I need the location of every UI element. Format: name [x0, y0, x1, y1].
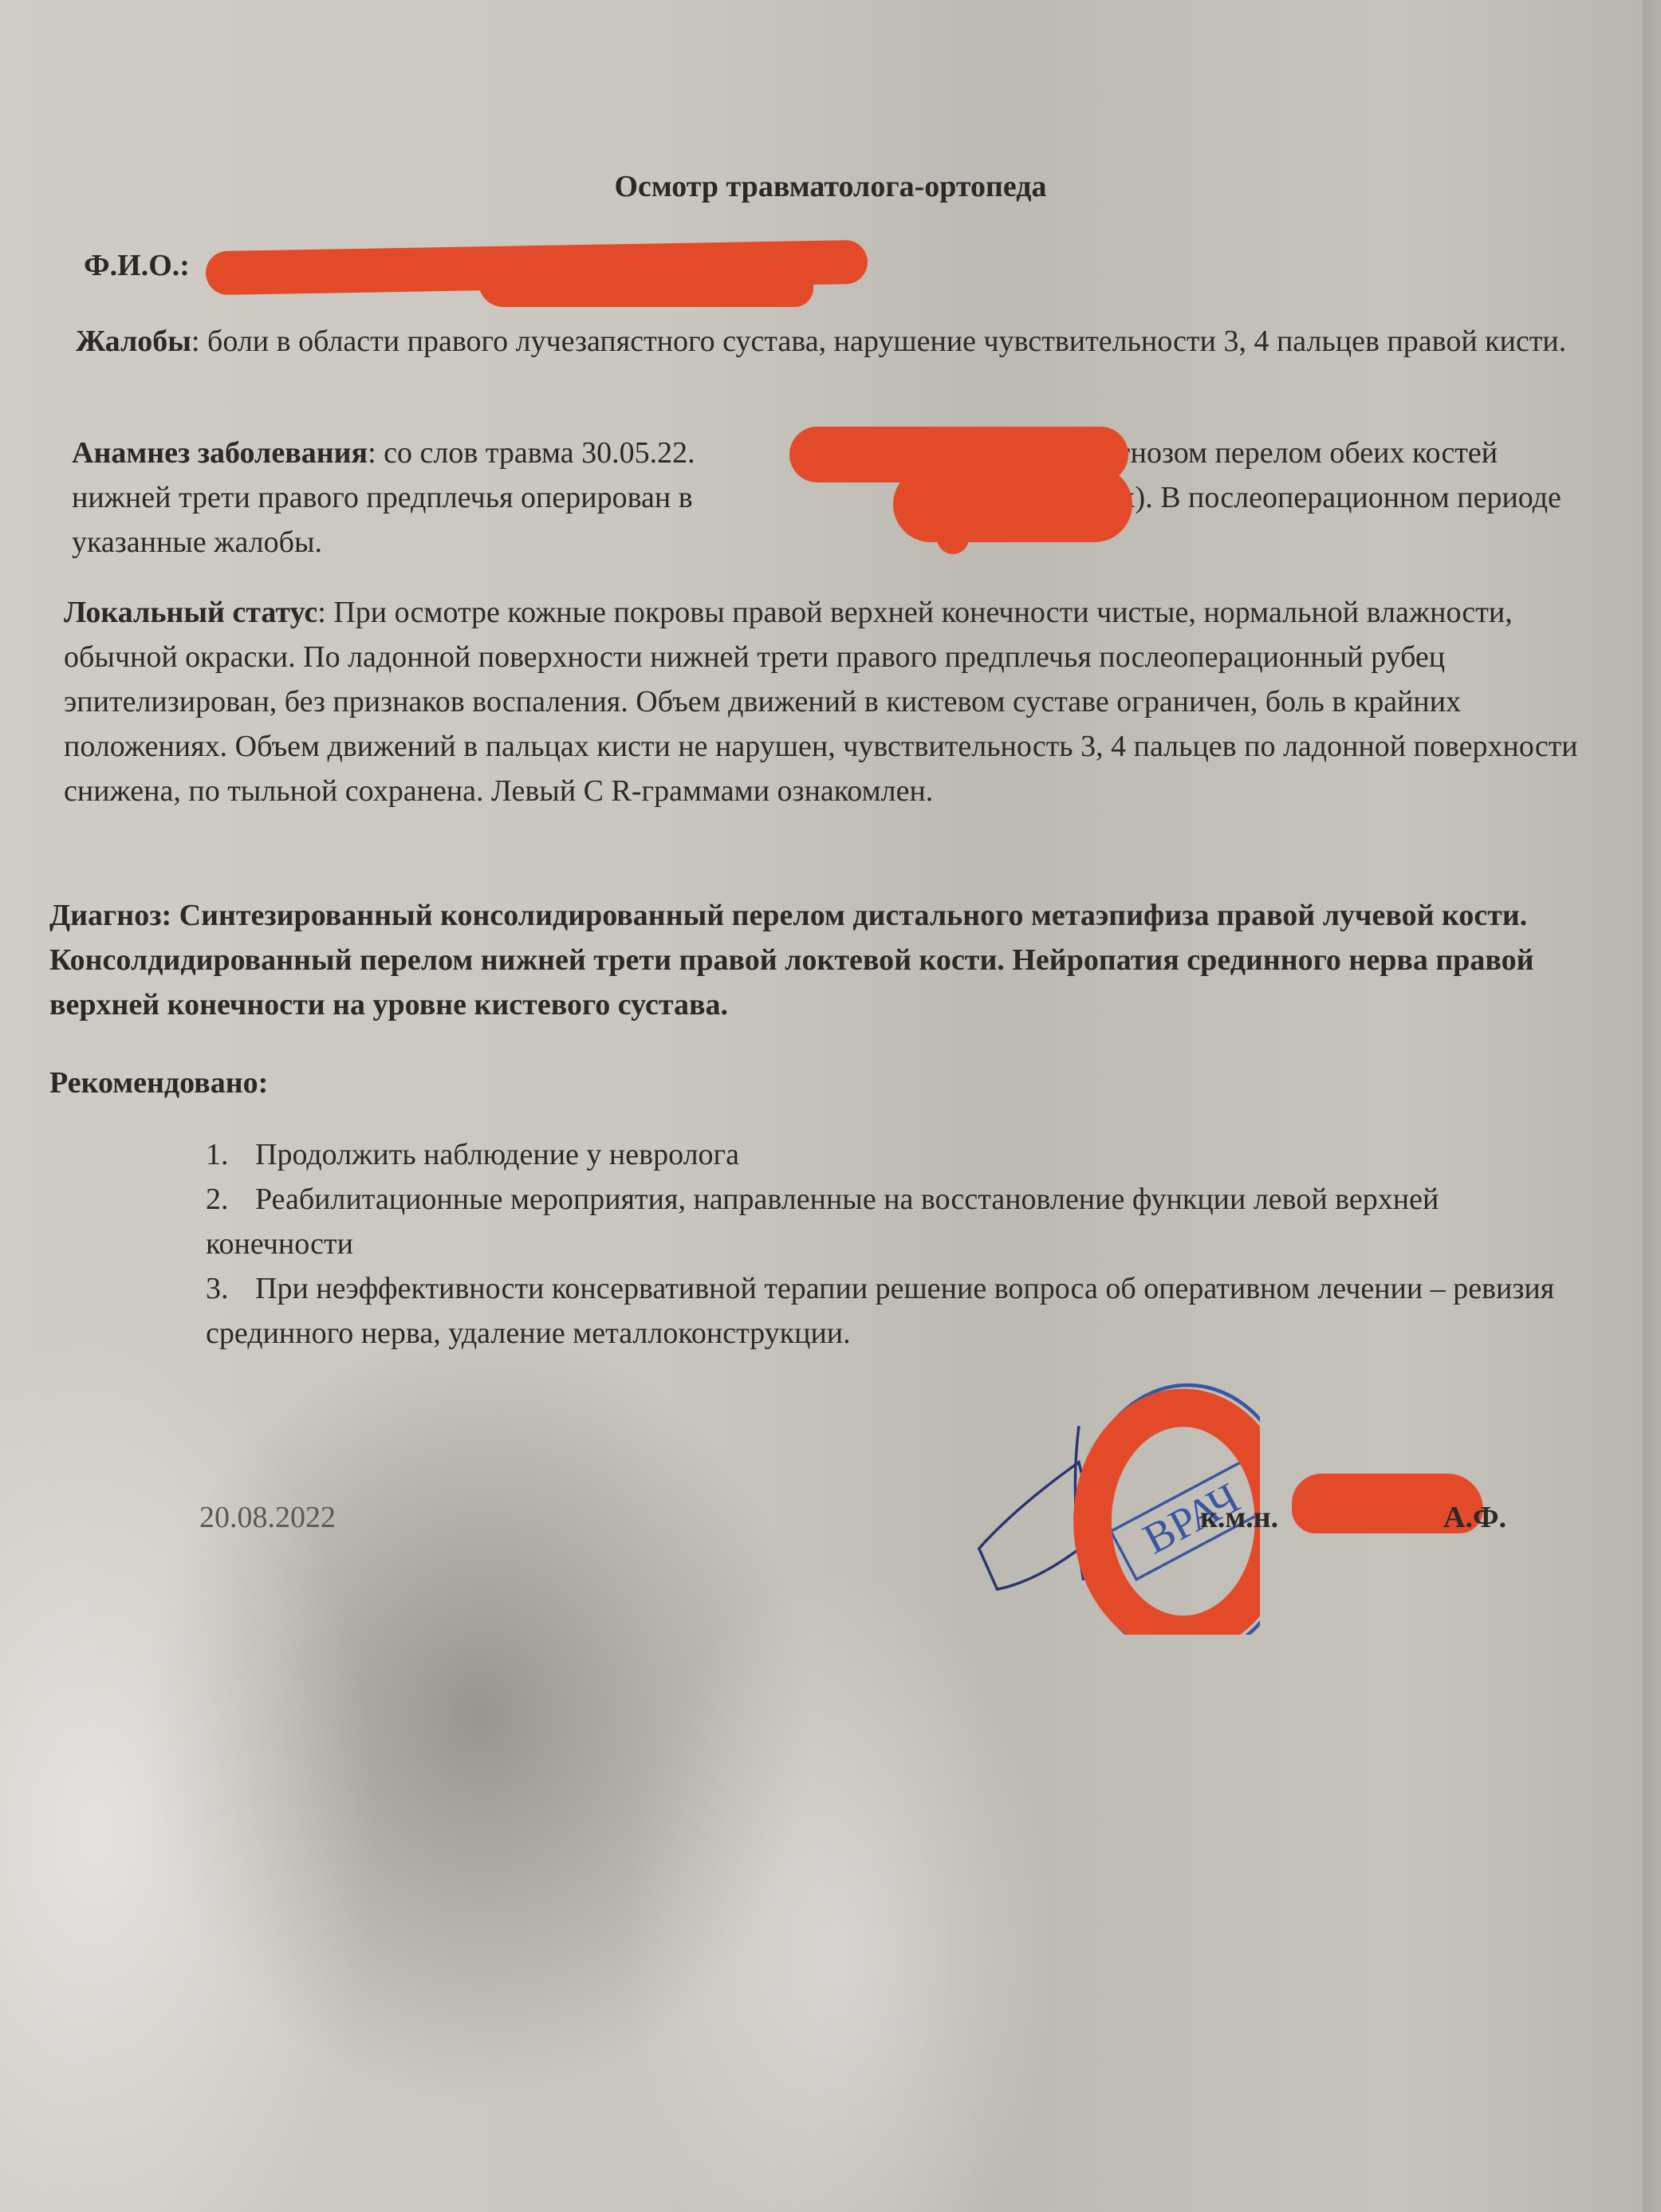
- redaction-anamnesis-2: [893, 466, 1132, 542]
- redaction-anamnesis-3: [937, 518, 969, 554]
- list-item: 3.При неэффективности консервативной тер…: [206, 1266, 1561, 1356]
- list-item: 1.Продолжить наблюдение у невролога: [206, 1132, 1561, 1177]
- local-status-section: Локальный статус: При осмотре кожные пок…: [64, 590, 1579, 813]
- fio-label: Ф.И.О.:: [84, 243, 190, 288]
- recommendations-label: Рекомендовано:: [49, 1061, 268, 1105]
- signature-initials: А.Ф.: [1443, 1495, 1506, 1540]
- complaints-text: : боли в области правого лучезапястного …: [191, 325, 1566, 358]
- diagnosis-section: Диагноз: Синтезированный консолидированн…: [49, 893, 1549, 1027]
- document-date: 20.08.2022: [199, 1495, 336, 1540]
- paper-edge: [1643, 0, 1661, 2212]
- document-title: Осмотр травматолога-ортопеда: [0, 169, 1661, 204]
- complaints-section: Жалобы: боли в области правого лучезапяс…: [76, 319, 1591, 364]
- diagnosis-text: Синтезированный консолидированный перело…: [49, 899, 1534, 1021]
- signature-degree: к.м.н.: [1200, 1495, 1278, 1540]
- list-item: 2.Реабилитационные мероприятия, направле…: [206, 1177, 1561, 1266]
- anamnesis-text-1: : со слов травма 30.05.22.: [368, 436, 695, 470]
- redaction-fio-tail: [478, 263, 813, 307]
- recommendations-list: 1.Продолжить наблюдение у невролога 2.Ре…: [206, 1132, 1561, 1356]
- anamnesis-label: Анамнез заболевания: [72, 436, 368, 470]
- local-status-label: Локальный статус: [64, 596, 317, 629]
- diagnosis-label: Диагноз:: [49, 899, 171, 932]
- complaints-label: Жалобы: [76, 325, 191, 358]
